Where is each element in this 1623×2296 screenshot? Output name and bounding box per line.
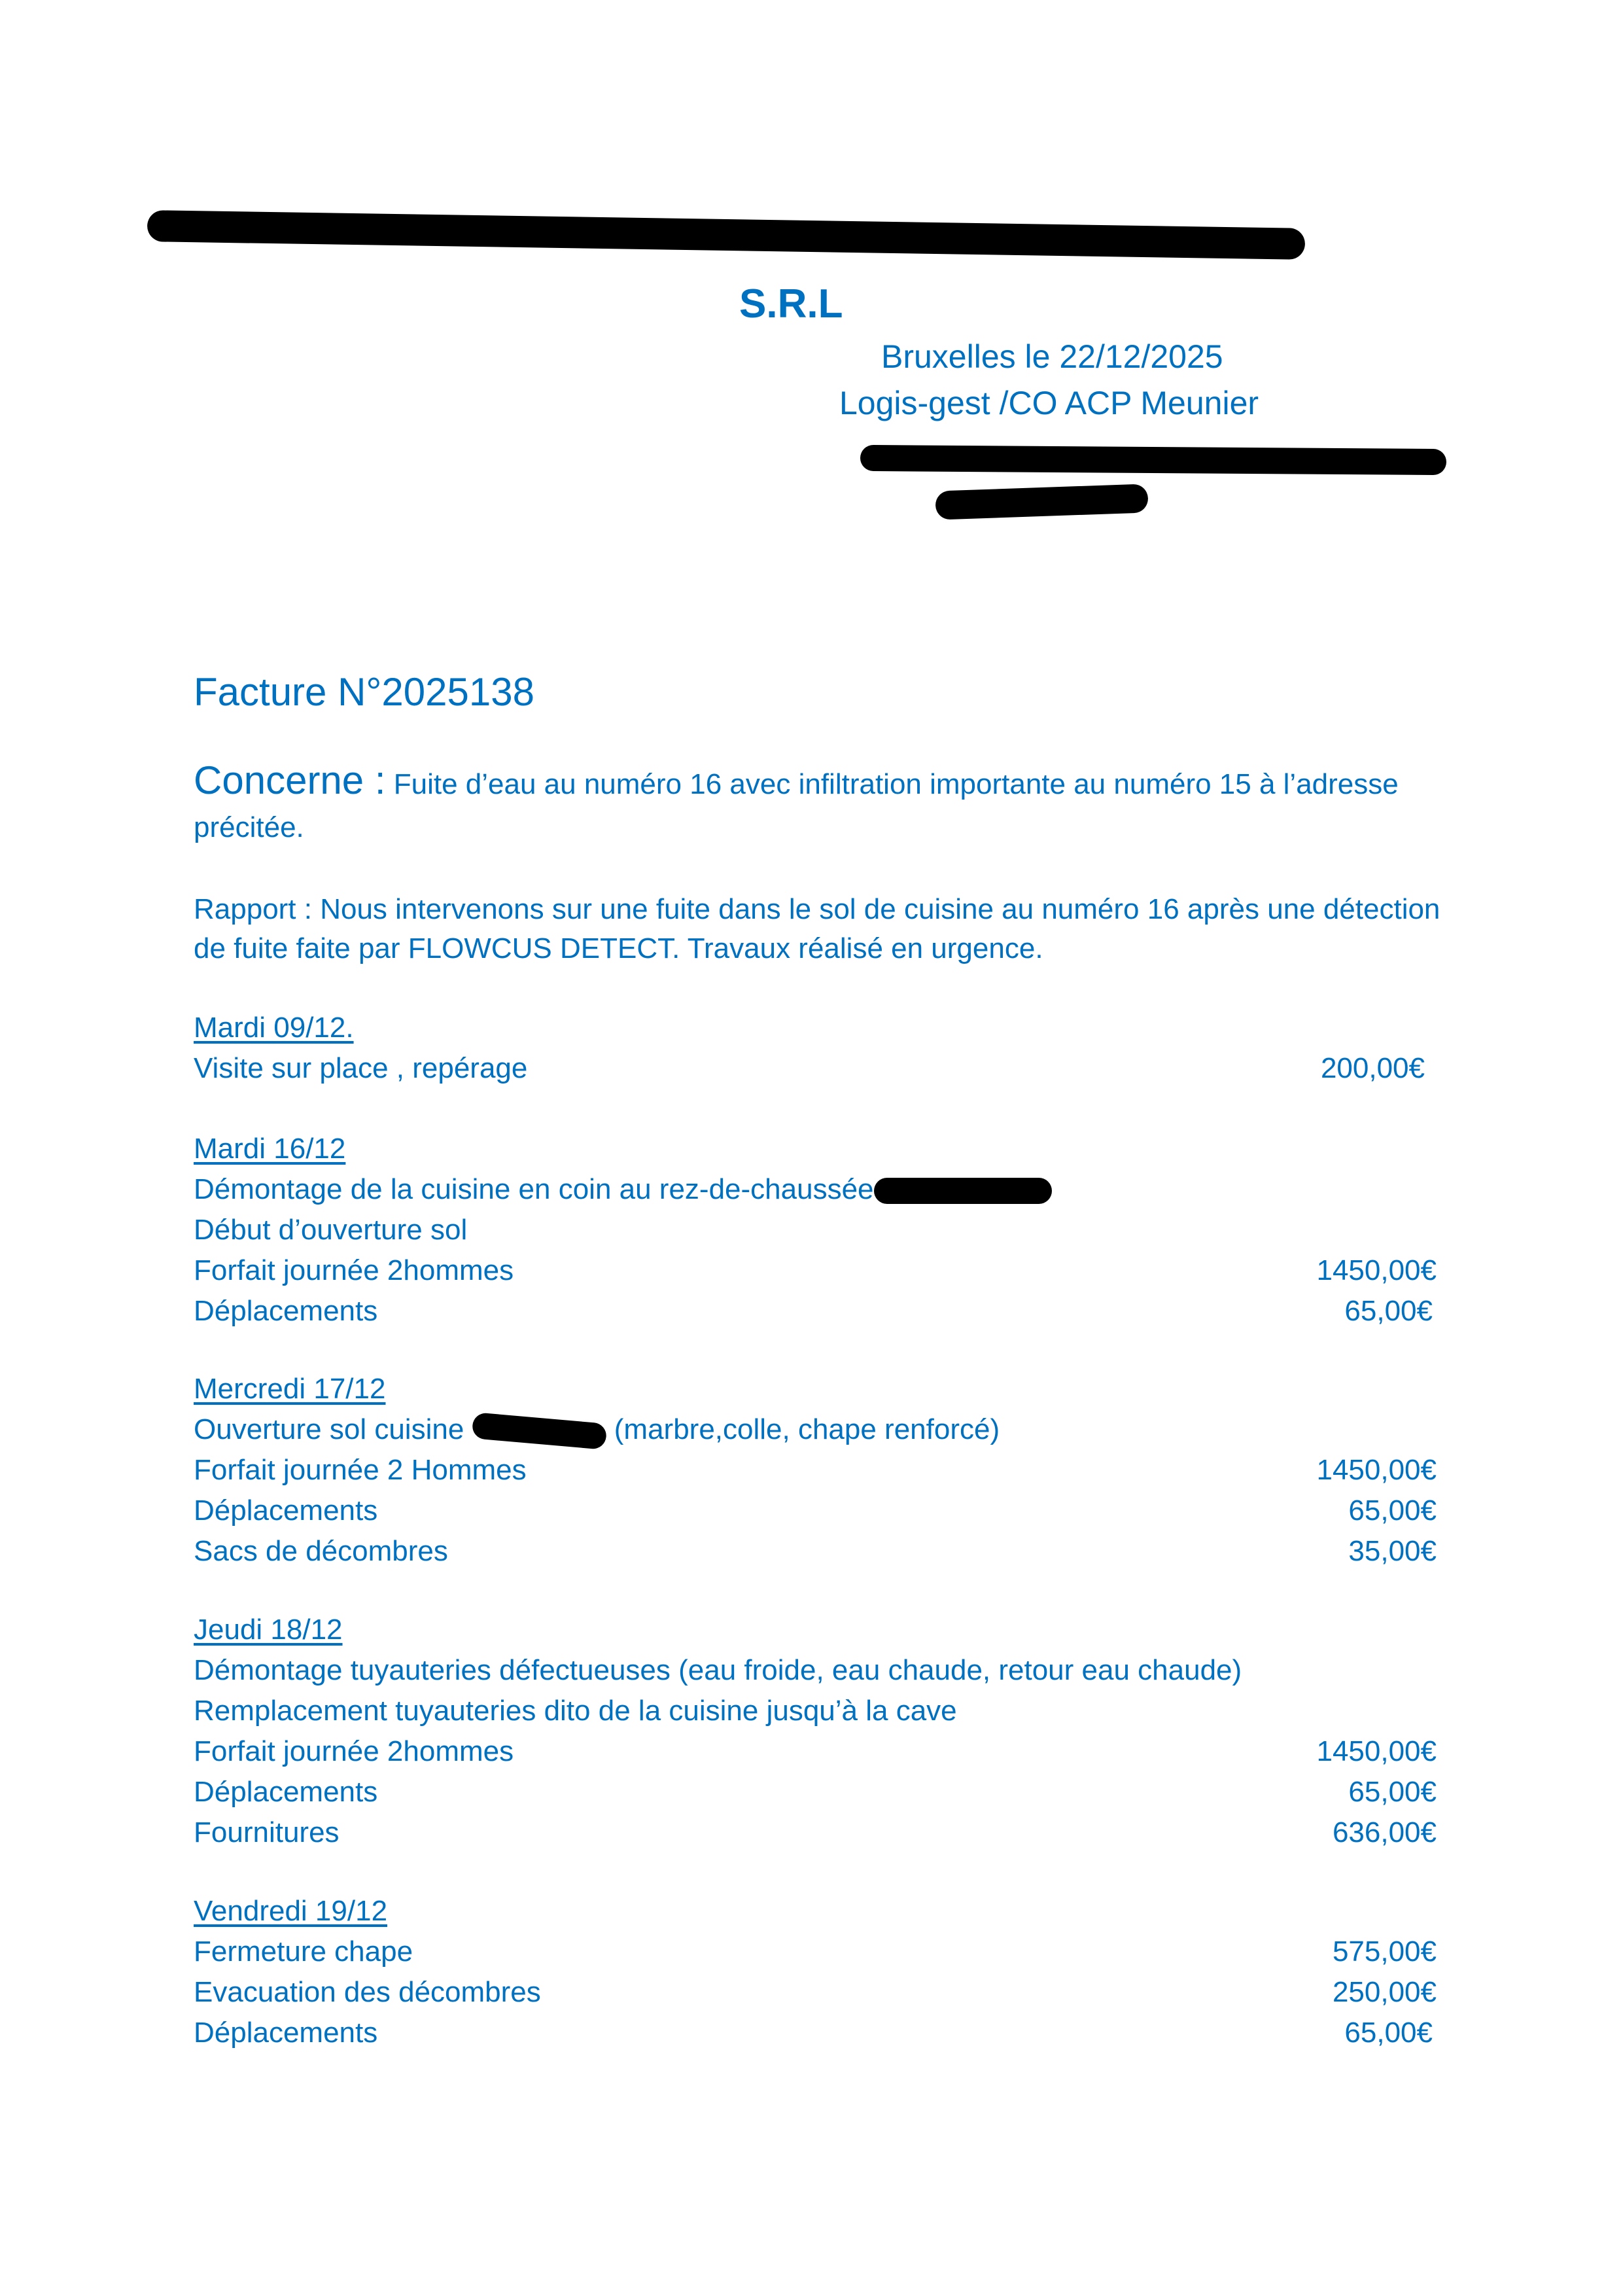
line-item-description-continued: (marbre,colle, chape renforcé) [614, 1413, 1000, 1445]
line-item: Démontage tuyauteries défectueuses (eau … [194, 1650, 1437, 1691]
line-item: Forfait journée 2hommes 1450,00€ [194, 1250, 1437, 1291]
line-item-description: Fermeture chape [194, 1935, 413, 1968]
line-item-description: Fournitures [194, 1816, 340, 1848]
line-item-description: Remplacement tuyauteries dito de la cuis… [194, 1695, 957, 1727]
redaction-bar-address-line-1 [860, 445, 1446, 475]
line-item: Forfait journée 2hommes 1450,00€ [194, 1731, 1437, 1772]
line-item-description: Forfait journée 2 Hommes [194, 1454, 527, 1486]
line-item-description: Sacs de décombres [194, 1535, 448, 1567]
line-item: Déplacements 65,00€ [194, 1772, 1437, 1812]
line-item-description: Visite sur place , repérage [194, 1052, 527, 1084]
line-item: Visite sur place , repérage 200,00€ [194, 1048, 1437, 1089]
addressee: Logis-gest /CO ACP Meunier [839, 381, 1259, 425]
line-item-description: Démontage de la cuisine en coin au rez-d… [194, 1173, 874, 1205]
line-item: Déplacements 65,00€ [194, 2013, 1437, 2053]
line-item-amount: 65,00€ [1240, 1772, 1437, 1812]
line-item: Sacs de décombres 35,00€ [194, 1531, 1437, 1572]
line-item-amount: 35,00€ [1240, 1531, 1437, 1572]
day-heading: Mardi 09/12. [194, 1008, 354, 1048]
line-item-amount: 65,00€ [1236, 2013, 1433, 2053]
day-heading: Jeudi 18/12 [194, 1610, 343, 1650]
day-heading: Mercredi 17/12 [194, 1369, 385, 1409]
line-item: Fermeture chape 575,00€ [194, 1932, 1437, 1972]
concerne-label: Concerne : [194, 758, 386, 802]
line-item-description: Evacuation des décombres [194, 1976, 541, 2008]
line-item-amount: 200,00€ [1229, 1048, 1425, 1089]
line-item-description: Déplacements [194, 2017, 377, 2049]
line-item-amount: 65,00€ [1236, 1291, 1433, 1332]
line-item-amount: 575,00€ [1240, 1932, 1437, 1972]
day-section: Vendredi 19/12 Fermeture chape 575,00€ E… [194, 1891, 1437, 2053]
day-section: Mercredi 17/12 Ouverture sol cuisine (ma… [194, 1369, 1437, 1572]
line-item-amount: 1450,00€ [1240, 1731, 1437, 1772]
line-item: Fournitures 636,00€ [194, 1812, 1437, 1853]
concerne-block: Concerne : Fuite d’eau au numéro 16 avec… [194, 759, 1437, 849]
line-item-amount: 636,00€ [1240, 1812, 1437, 1853]
redaction-bar-inline [471, 1413, 607, 1451]
company-legal-form: S.R.L [739, 278, 843, 330]
day-heading: Vendredi 19/12 [194, 1891, 387, 1932]
line-item-description: Début d’ouverture sol [194, 1214, 467, 1246]
day-section: Mardi 09/12. Visite sur place , repérage… [194, 1008, 1437, 1089]
line-item-description: Déplacements [194, 1494, 377, 1527]
line-item-amount: 1450,00€ [1240, 1450, 1437, 1491]
line-item-amount: 65,00€ [1240, 1491, 1437, 1531]
redaction-bar-inline [874, 1178, 1052, 1204]
line-item: Début d’ouverture sol [194, 1210, 1437, 1250]
line-item: Ouverture sol cuisine (marbre,colle, cha… [194, 1409, 1437, 1450]
line-item-description: Déplacements [194, 1776, 377, 1808]
day-section: Jeudi 18/12 Démontage tuyauteries défect… [194, 1610, 1437, 1853]
line-item-description: Forfait journée 2hommes [194, 1254, 514, 1286]
line-item: Démontage de la cuisine en coin au rez-d… [194, 1169, 1437, 1210]
line-item: Déplacements 65,00€ [194, 1291, 1437, 1332]
day-section: Mardi 16/12 Démontage de la cuisine en c… [194, 1129, 1437, 1332]
place-date: Bruxelles le 22/12/2025 [881, 335, 1223, 378]
day-heading: Mardi 16/12 [194, 1129, 345, 1169]
line-item: Forfait journée 2 Hommes 1450,00€ [194, 1450, 1437, 1491]
rapport-text: Rapport : Nous intervenons sur une fuite… [194, 890, 1469, 968]
line-item-description: Démontage tuyauteries défectueuses (eau … [194, 1654, 1242, 1686]
line-item: Remplacement tuyauteries dito de la cuis… [194, 1691, 1437, 1731]
line-item-amount: 250,00€ [1240, 1972, 1437, 2013]
redaction-bar-address-line-2 [935, 484, 1148, 520]
line-item-description: Forfait journée 2hommes [194, 1735, 514, 1767]
line-item-amount: 1450,00€ [1240, 1250, 1437, 1291]
line-item: Déplacements 65,00€ [194, 1491, 1437, 1531]
line-item-description: Ouverture sol cuisine [194, 1413, 464, 1445]
line-item: Evacuation des décombres 250,00€ [194, 1972, 1437, 2013]
line-item-description: Déplacements [194, 1295, 377, 1327]
invoice-number: Facture N°2025138 [194, 666, 534, 718]
